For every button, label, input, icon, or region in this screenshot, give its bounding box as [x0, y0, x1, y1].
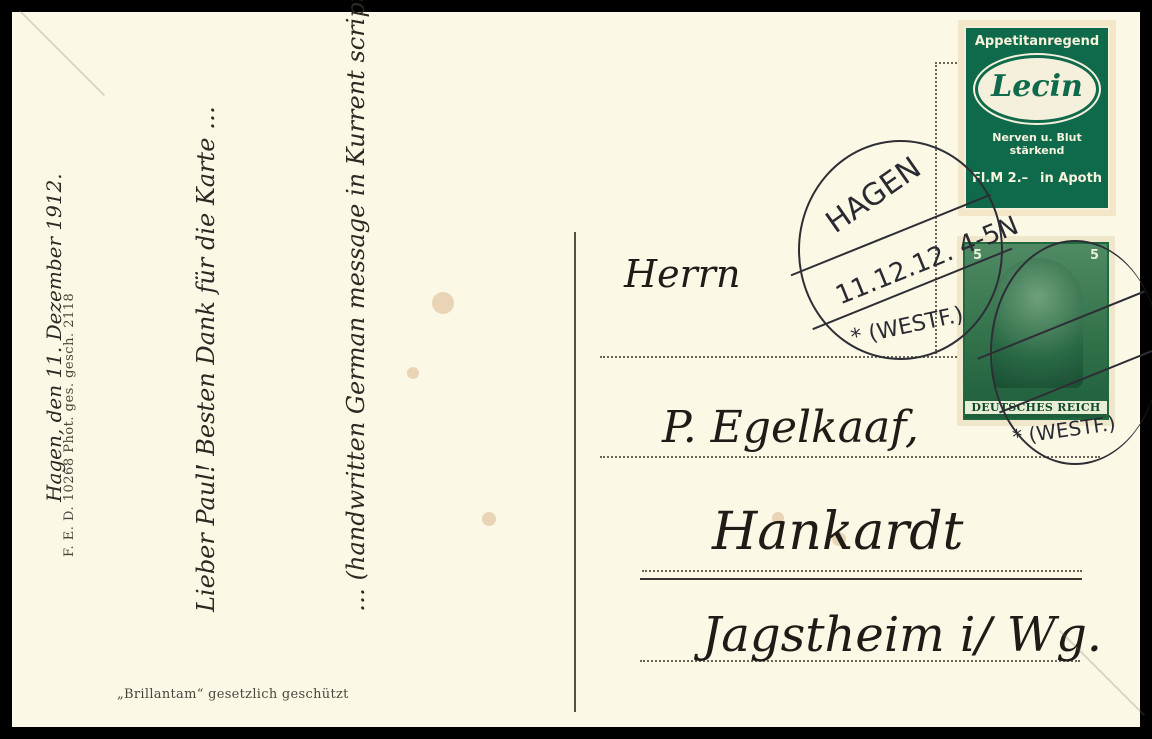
- message-line: Lieber Paul! Besten Dank für die Karte …: [192, 106, 220, 612]
- address-name: P. Egelkaaf,: [662, 402, 919, 453]
- lecin-where: in Apoth: [1040, 171, 1102, 186]
- lecin-brand: Lecin: [975, 55, 1099, 123]
- postmark-region: * (WESTF.): [849, 302, 966, 350]
- card-divider: [574, 232, 576, 712]
- address-salutation: Herrn: [624, 252, 740, 296]
- address-underline: [640, 578, 1082, 580]
- postmark-hagen-second: * (WESTF.): [990, 240, 1152, 465]
- lecin-top-text: Appetitanregend: [966, 28, 1108, 49]
- message-line: Hagen, den 11. Dezember 1912.: [42, 173, 66, 502]
- postmark-hagen: HAGEN 11.12.12. 4-5N * (WESTF.): [798, 140, 1003, 360]
- message-line: … (handwritten German message in Kurrent…: [342, 0, 370, 612]
- address-city: Jagstheim i/ Wg.: [702, 607, 1102, 663]
- postmark-region: * (WESTF.): [1011, 411, 1117, 449]
- handwritten-message: Hagen, den 11. Dezember 1912. Lieber Pau…: [42, 52, 582, 692]
- lecin-middle-text: Nerven u. Blut stärkend: [966, 131, 1108, 157]
- address-line: [600, 356, 1000, 358]
- postmark-band: [977, 290, 1152, 413]
- address-street: Hankardt: [712, 502, 963, 562]
- address-line: [642, 570, 1082, 572]
- address-line: [600, 456, 1100, 458]
